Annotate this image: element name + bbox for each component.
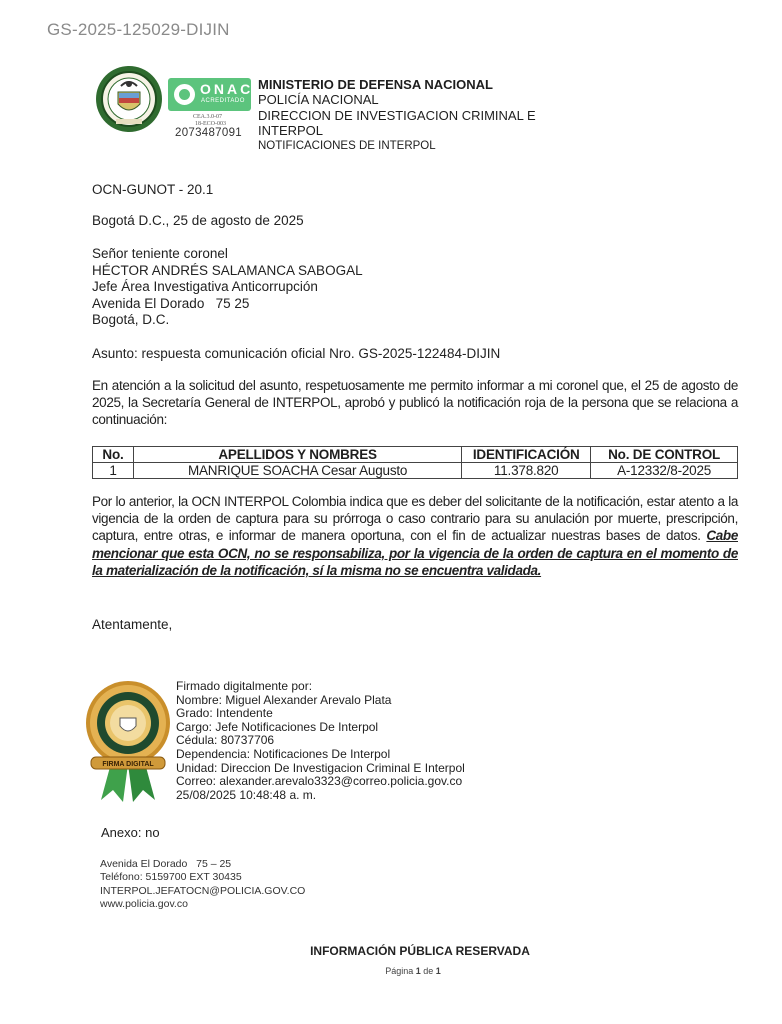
page-number: Página 1 de 1 xyxy=(0,966,782,976)
cell-no: 1 xyxy=(93,463,134,479)
paragraph-notice-plain: Por lo anterior, la OCN INTERPOL Colombi… xyxy=(92,494,738,543)
onac-number: 2073487091 xyxy=(175,127,242,139)
institution-line: DIRECCION DE INVESTIGACION CRIMINAL E xyxy=(258,108,536,123)
digital-signature-seal-icon: FIRMA DIGITAL xyxy=(83,678,173,806)
signature-block: Firmado digitalmente por: Nombre: Miguel… xyxy=(176,680,465,802)
letter-code: OCN-GUNOT - 20.1 xyxy=(92,182,213,197)
institution-line: POLICÍA NACIONAL xyxy=(258,92,536,107)
footer-website: www.policia.gov.co xyxy=(100,898,305,911)
page-label: Página xyxy=(385,966,413,976)
recipient-line: Avenida El Dorado 75 25 xyxy=(92,296,363,313)
footer-line: Avenida El Dorado 75 – 25 xyxy=(100,858,305,871)
footer-line: Teléfono: 5159700 EXT 30435 xyxy=(100,871,305,884)
signature-line: Grado: Intendente xyxy=(176,707,465,721)
col-header-control: No. DE CONTROL xyxy=(591,447,738,463)
recipient-line: Jefe Área Investigativa Anticorrupción xyxy=(92,279,363,296)
paragraph-notice: Por lo anterior, la OCN INTERPOL Colombi… xyxy=(92,493,738,579)
signature-line: Nombre: Miguel Alexander Arevalo Plata xyxy=(176,694,465,708)
signature-line: 25/08/2025 10:48:48 a. m. xyxy=(176,789,465,803)
onac-logo-icon xyxy=(174,84,195,105)
signature-line: Unidad: Direccion De Investigacion Crimi… xyxy=(176,762,465,776)
letter-date: Bogotá D.C., 25 de agosto de 2025 xyxy=(92,213,304,228)
col-header-id: IDENTIFICACIÓN xyxy=(462,447,591,463)
paragraph-intro: En atención a la solicitud del asunto, r… xyxy=(92,377,738,429)
red-notice-table: No. APELLIDOS Y NOMBRES IDENTIFICACIÓN N… xyxy=(92,446,738,479)
signature-line: Cédula: 80737706 xyxy=(176,734,465,748)
page-current: 1 xyxy=(416,966,421,976)
footer-email: INTERPOL.JEFATOCN@POLICIA.GOV.CO xyxy=(100,885,305,898)
police-crest-icon xyxy=(94,64,164,134)
col-header-name: APELLIDOS Y NOMBRES xyxy=(133,447,461,463)
cell-control: A-12332/8-2025 xyxy=(591,463,738,479)
recipient-line: Señor teniente coronel xyxy=(92,246,363,263)
signature-line: Cargo: Jefe Notificaciones De Interpol xyxy=(176,721,465,735)
cell-name: MANRIQUE SOACHA Cesar Augusto xyxy=(133,463,461,479)
onac-word: ONAC xyxy=(200,81,253,97)
footer-address: Avenida El Dorado 75 – 25 Teléfono: 5159… xyxy=(100,858,305,912)
recipient-line: HÉCTOR ANDRÉS SALAMANCA SABOGAL xyxy=(92,263,363,280)
institution-line: MINISTERIO DE DEFENSA NACIONAL xyxy=(258,77,536,92)
document-reference: GS-2025-125029-DIJIN xyxy=(47,20,230,40)
table-header-row: No. APELLIDOS Y NOMBRES IDENTIFICACIÓN N… xyxy=(93,447,738,463)
page-total: 1 xyxy=(436,966,441,976)
onac-code-1: CEA.3.0-07 xyxy=(193,114,222,120)
table-row: 1 MANRIQUE SOACHA Cesar Augusto 11.378.8… xyxy=(93,463,738,479)
recipient-block: Señor teniente coronel HÉCTOR ANDRÉS SAL… xyxy=(92,246,363,329)
cell-id: 11.378.820 xyxy=(462,463,591,479)
onac-sub: ACREDITADO xyxy=(201,98,245,104)
col-header-no: No. xyxy=(93,447,134,463)
annex: Anexo: no xyxy=(101,825,160,840)
onac-accreditation-badge: ONAC ACREDITADO xyxy=(168,78,251,111)
page-of: de xyxy=(423,966,433,976)
institution-line: NOTIFICACIONES DE INTERPOL xyxy=(258,139,536,154)
signature-line: Dependencia: Notificaciones De Interpol xyxy=(176,748,465,762)
closing: Atentamente, xyxy=(92,617,172,632)
institution-block: MINISTERIO DE DEFENSA NACIONAL POLICÍA N… xyxy=(258,77,536,154)
institution-line: INTERPOL xyxy=(258,123,536,138)
signature-line: Correo: alexander.arevalo3323@correo.pol… xyxy=(176,775,465,789)
signature-line: Firmado digitalmente por: xyxy=(176,680,465,694)
recipient-line: Bogotá, D.C. xyxy=(92,312,363,329)
subject-line: Asunto: respuesta comunicación oficial N… xyxy=(92,346,500,361)
classification-label: INFORMACIÓN PÚBLICA RESERVADA xyxy=(0,944,782,958)
svg-text:FIRMA DIGITAL: FIRMA DIGITAL xyxy=(102,761,154,768)
